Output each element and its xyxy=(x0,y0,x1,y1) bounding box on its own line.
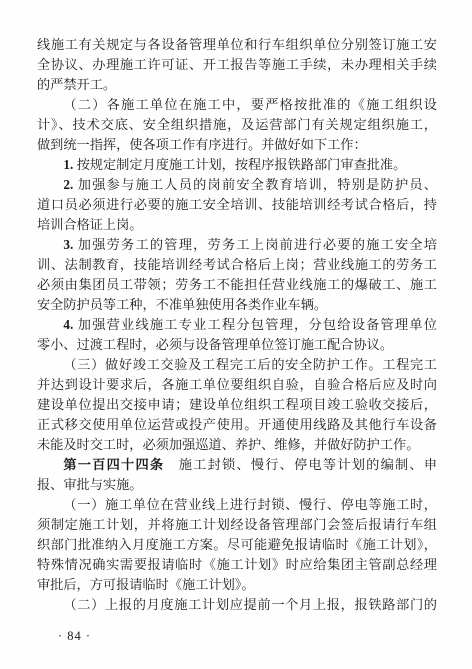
bold-run: 2. xyxy=(63,177,73,192)
text-line: 须制定施工计划，并将施工计划经设备管理部门会签后报请行车组 xyxy=(37,515,437,535)
text-line: 训、法制教育，技能培训经考试合格后上岗；营业线施工的劳务工 xyxy=(37,255,437,275)
text-run: （三）做好竣工交验及工程完工后的安全防护工作。工程完工 xyxy=(63,357,437,372)
text-run: （二）各施工单位在施工中，要严格按批准的《施工组织设 xyxy=(63,97,437,112)
text-line: 的严禁开工。 xyxy=(37,75,437,95)
text-line: 审批后，方可报请临时《施工计划》。 xyxy=(37,575,437,595)
text-line: 特殊情况确实需要报请临时《施工计划》时应给集团主管副总经理 xyxy=(37,555,437,575)
text-line: 做到统一指挥，使各项工作有序进行。并做好如下工作： xyxy=(37,135,437,155)
text-line: （一）施工单位在营业线上进行封锁、慢行、停电等施工时， xyxy=(37,495,437,515)
text-line: （三）做好竣工交验及工程完工后的安全防护工作。工程完工 xyxy=(37,355,437,375)
text-run: 按规定制定月度施工计划，按程序报铁路部门审查批准。 xyxy=(73,157,406,172)
text-run: 须制定施工计划，并将施工计划经设备管理部门会签后报请行车组 xyxy=(37,517,437,532)
text-line: 第一百四十四条 施工封锁、慢行、停电等计划的编制、申 xyxy=(37,455,437,475)
text-run: 必须由集团员工带领；劳务工不能担任营业线施工的爆破工、施工 xyxy=(37,277,437,292)
bold-run: 1. xyxy=(63,157,73,172)
text-run: 道口员必须进行必要的施工安全培训、技能培训经考试合格后，持 xyxy=(37,197,437,212)
text-line: （二）上报的月度施工计划应提前一个月上报，报铁路部门的 xyxy=(37,595,437,615)
text-run: 未能及时交工时，必须加强巡道、养护、维修，并做好防护工作。 xyxy=(37,437,419,452)
text-run: 报、审批与实施。 xyxy=(37,477,143,492)
text-run: 安全防护员等工种，不准单独使用各类作业车辆。 xyxy=(37,297,327,312)
page-number: · 84 · xyxy=(58,628,91,644)
text-line: 零小、过渡工程时，必须与设备管理单位签订施工配合协议。 xyxy=(37,335,437,355)
text-run: （二）上报的月度施工计划应提前一个月上报，报铁路部门的 xyxy=(63,597,437,612)
document-page: 线施工有关规定与各设备管理单位和行车组织单位分别签订施工安全协议、办理施工许可证… xyxy=(0,0,472,669)
text-line: 必须由集团员工带领；劳务工不能担任营业线施工的爆破工、施工 xyxy=(37,275,437,295)
text-run: （一）施工单位在营业线上进行封锁、慢行、停电等施工时， xyxy=(63,497,437,512)
text-run: 并达到设计要求后，各施工单位要组织自验，自验合格后应及时向 xyxy=(37,377,437,392)
text-run: 计》、技术交底、安全组织措施，及运营部门有关规定组织施工， xyxy=(37,117,437,132)
text-line: 2. 加强参与施工人员的岗前安全教育培训，特别是防护员、 xyxy=(37,175,437,195)
text-run: 加强劳务工的管理，劳务工上岗前进行必要的施工安全培 xyxy=(73,237,437,252)
bold-run: 第一百四十四条 xyxy=(63,457,164,472)
document-text: 线施工有关规定与各设备管理单位和行车组织单位分别签订施工安全协议、办理施工许可证… xyxy=(37,35,437,615)
text-line: 道口员必须进行必要的施工安全培训、技能培训经考试合格后，持 xyxy=(37,195,437,215)
text-line: 报、审批与实施。 xyxy=(37,475,437,495)
text-run: 培训合格证上岗。 xyxy=(37,217,143,232)
bold-run: 3. xyxy=(63,237,73,252)
text-line: 培训合格证上岗。 xyxy=(37,215,437,235)
text-line: 4. 加强营业线施工专业工程分包管理，分包给设备管理单位 xyxy=(37,315,437,335)
text-line: 并达到设计要求后，各施工单位要组织自验，自验合格后应及时向 xyxy=(37,375,437,395)
text-run: 织部门批准纳入月度施工方案。尽可能避免报请临时《施工计划》， xyxy=(37,537,437,552)
text-line: 正式移交使用单位运营或投产使用。开通使用线路及其他行车设备 xyxy=(37,415,437,435)
text-run: 全协议、办理施工许可证、开工报告等施工手续，未办理相关手续 xyxy=(37,57,437,72)
text-run: 加强营业线施工专业工程分包管理，分包给设备管理单位 xyxy=(73,317,437,332)
text-run: 的严禁开工。 xyxy=(37,77,116,92)
text-run: 线施工有关规定与各设备管理单位和行车组织单位分别签订施工安 xyxy=(37,37,437,52)
text-line: 全协议、办理施工许可证、开工报告等施工手续，未办理相关手续 xyxy=(37,55,437,75)
text-line: 未能及时交工时，必须加强巡道、养护、维修，并做好防护工作。 xyxy=(37,435,437,455)
text-line: 织部门批准纳入月度施工方案。尽可能避免报请临时《施工计划》， xyxy=(37,535,437,555)
text-run: 施工封锁、慢行、停电等计划的编制、申 xyxy=(164,457,437,472)
text-line: 3. 加强劳务工的管理，劳务工上岗前进行必要的施工安全培 xyxy=(37,235,437,255)
text-line: 1. 按规定制定月度施工计划，按程序报铁路部门审查批准。 xyxy=(37,155,437,175)
text-run: 建设单位提出交接申请；建设单位组织工程项目竣工验收交接后， xyxy=(37,397,437,412)
text-line: 线施工有关规定与各设备管理单位和行车组织单位分别签订施工安 xyxy=(37,35,437,55)
text-run: 加强参与施工人员的岗前安全教育培训，特别是防护员、 xyxy=(73,177,437,192)
text-run: 训、法制教育，技能培训经考试合格后上岗；营业线施工的劳务工 xyxy=(37,257,437,272)
text-run: 审批后，方可报请临时《施工计划》。 xyxy=(37,577,255,592)
bold-run: 4. xyxy=(63,317,73,332)
text-run: 正式移交使用单位运营或投产使用。开通使用线路及其他行车设备 xyxy=(37,417,437,432)
text-line: 建设单位提出交接申请；建设单位组织工程项目竣工验收交接后， xyxy=(37,395,437,415)
text-line: 安全防护员等工种，不准单独使用各类作业车辆。 xyxy=(37,295,437,315)
text-run: 零小、过渡工程时，必须与设备管理单位签订施工配合协议。 xyxy=(37,337,393,352)
text-run: 特殊情况确实需要报请临时《施工计划》时应给集团主管副总经理 xyxy=(37,557,437,572)
text-line: 计》、技术交底、安全组织措施，及运营部门有关规定组织施工， xyxy=(37,115,437,135)
text-line: （二）各施工单位在施工中，要严格按批准的《施工组织设 xyxy=(37,95,437,115)
text-run: 做到统一指挥，使各项工作有序进行。并做好如下工作： xyxy=(37,137,367,152)
